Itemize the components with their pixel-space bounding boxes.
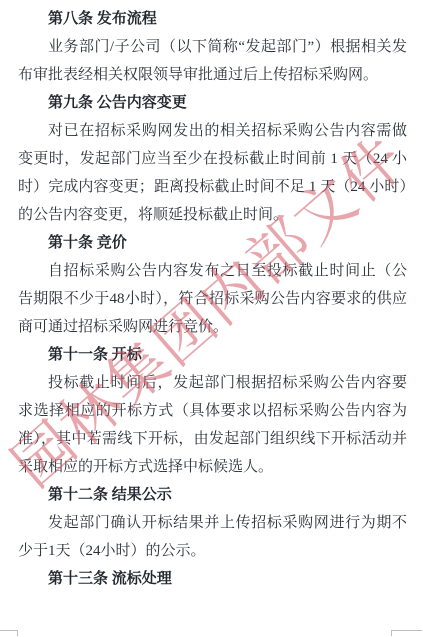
bottom-right-margin-mark [391,630,422,636]
document-content: 第八条 发布流程 业务部门/子公司（以下简称“发起部门”）根据相关发布审批表经相… [18,5,407,593]
article-13-section: 第十三条 流标处理 [18,565,407,593]
article-11-section: 第十一条 开标 投标截止时间后，发起部门根据招标采购公告内容要求选择相应的开标方… [18,341,407,481]
article-9-section: 第九条 公告内容变更 对已在招标采购网发出的相关招标采购公告内容需做变更时，发起… [18,89,407,229]
article-9-paragraph: 对已在招标采购网发出的相关招标采购公告内容需做变更时，发起部门应当至少在投标截止… [18,117,407,229]
document-page: 第八条 发布流程 业务部门/子公司（以下简称“发起部门”）根据相关发布审批表经相… [0,0,423,637]
article-8-paragraph: 业务部门/子公司（以下简称“发起部门”）根据相关发布审批表经相关权限领导审批通过… [18,33,407,89]
article-11-heading: 第十一条 开标 [18,341,407,369]
article-10-heading: 第十条 竞价 [18,229,407,257]
article-10-section: 第十条 竞价 自招标采购公告内容发布之日至投标截止时间止（公告期限不少于48小时… [18,229,407,341]
article-12-section: 第十二条 结果公示 发起部门确认开标结果并上传招标采购网进行为期不少于1天（24… [18,481,407,565]
article-13-heading: 第十三条 流标处理 [18,565,407,593]
article-9-heading: 第九条 公告内容变更 [18,89,407,117]
article-8-section: 第八条 发布流程 业务部门/子公司（以下简称“发起部门”）根据相关发布审批表经相… [18,5,407,89]
article-11-paragraph: 投标截止时间后，发起部门根据招标采购公告内容要求选择相应的开标方式（具体要求以招… [18,369,407,481]
bottom-left-margin-mark [0,630,18,636]
article-8-heading: 第八条 发布流程 [18,5,407,33]
article-10-paragraph: 自招标采购公告内容发布之日至投标截止时间止（公告期限不少于48小时），符合招标采… [18,257,407,341]
article-12-paragraph: 发起部门确认开标结果并上传招标采购网进行为期不少于1天（24小时）的公示。 [18,509,407,565]
article-12-heading: 第十二条 结果公示 [18,481,407,509]
